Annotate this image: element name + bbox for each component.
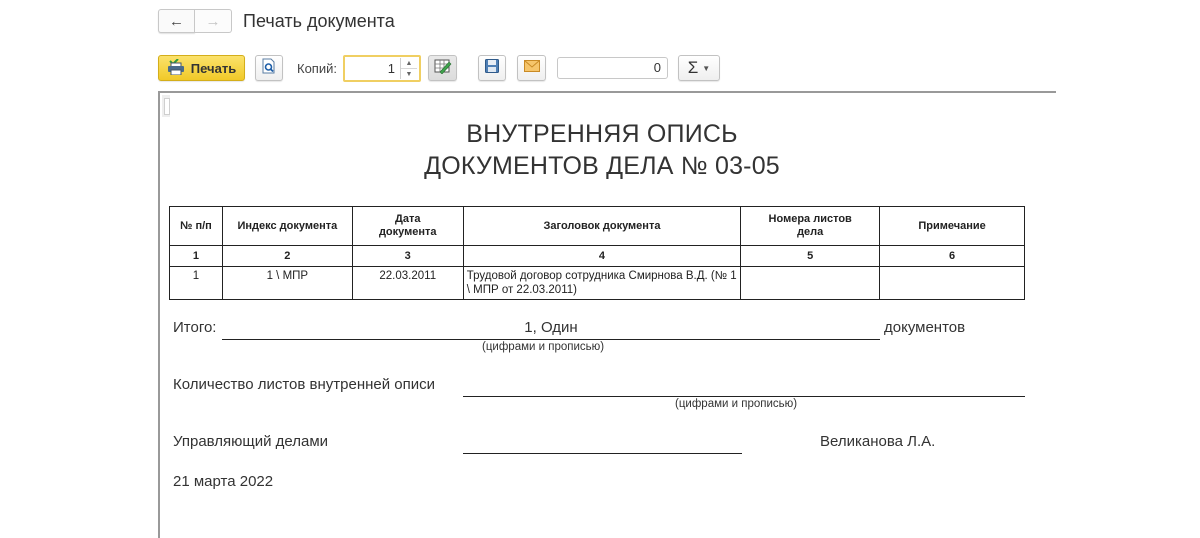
signature-line <box>463 453 742 454</box>
document-title-line1: ВНУТРЕННЯЯ ОПИСЬ <box>162 120 1042 149</box>
arrow-left-icon: ← <box>169 13 184 30</box>
document-viewer[interactable]: ВНУТРЕННЯЯ ОПИСЬ ДОКУМЕНТОВ ДЕЛА № 03-05… <box>158 91 1056 538</box>
total-label: Итого: <box>173 319 216 336</box>
table-row: 1 1 \ МПР 22.03.2011 Трудовой договор со… <box>170 267 1025 300</box>
sheets-label: Количество листов внутренней описи <box>173 376 435 393</box>
edit-mode-button[interactable] <box>428 55 457 81</box>
column-number: 6 <box>880 246 1025 267</box>
manager-name: Великанова Л.А. <box>820 433 935 450</box>
copies-input[interactable]: 1 ▲ ▼ <box>343 55 421 82</box>
save-button[interactable] <box>478 55 506 81</box>
header-cell: Примечание <box>880 207 1025 246</box>
back-button[interactable]: ← <box>158 9 195 33</box>
column-number: 2 <box>222 246 352 267</box>
header-cell: Дата документа <box>352 207 463 246</box>
sigma-icon: Σ <box>688 58 699 78</box>
copies-stepper[interactable]: ▲ ▼ <box>400 58 417 79</box>
navigation-buttons: ← → <box>158 9 232 33</box>
row-number: 1 <box>170 267 223 300</box>
page-corner-marker <box>162 95 170 117</box>
document-title-line2: ДОКУМЕНТОВ ДЕЛА № 03-05 <box>162 152 1042 181</box>
header-cell: Номера листов дела <box>741 207 880 246</box>
total-value: 1, Один <box>222 319 880 336</box>
print-label: Печать <box>191 61 236 76</box>
edit-table-icon <box>434 58 452 79</box>
header-cell: Индекс документа <box>222 207 352 246</box>
header-cell: Заголовок документа <box>463 207 741 246</box>
column-number: 5 <box>741 246 880 267</box>
decrement-button[interactable]: ▼ <box>401 69 417 79</box>
sum-dropdown-button[interactable]: Σ ▼ <box>678 55 720 81</box>
envelope-icon <box>524 59 540 77</box>
column-number: 1 <box>170 246 223 267</box>
document-title: Трудовой договор сотрудника Смирнова В.Д… <box>463 267 741 300</box>
document-date: 22.03.2011 <box>352 267 463 300</box>
copies-label: Копий: <box>297 61 337 76</box>
document-date-footer: 21 марта 2022 <box>173 473 273 490</box>
arrow-right-icon: → <box>206 13 221 30</box>
column-number: 3 <box>352 246 463 267</box>
sheets-underline <box>463 396 1025 397</box>
total-underline <box>222 339 880 340</box>
forward-button[interactable]: → <box>195 9 232 33</box>
inventory-table: № п/п Индекс документа Дата документа За… <box>169 206 1025 300</box>
print-preview-button[interactable] <box>255 55 283 81</box>
table-header-row: № п/п Индекс документа Дата документа За… <box>170 207 1025 246</box>
send-email-button[interactable] <box>517 55 546 81</box>
column-number-row: 1 2 3 4 5 6 <box>170 246 1025 267</box>
document-index: 1 \ МПР <box>222 267 352 300</box>
total-suffix: документов <box>884 319 965 336</box>
sheets-hint: (цифрами и прописью) <box>675 398 797 410</box>
sum-field[interactable]: 0 <box>557 57 668 79</box>
copies-value[interactable]: 1 <box>345 61 400 76</box>
printer-icon <box>167 59 185 78</box>
chevron-down-icon: ▼ <box>702 64 710 73</box>
print-button[interactable]: Печать <box>158 55 245 81</box>
column-number: 4 <box>463 246 741 267</box>
header-cell: № п/п <box>170 207 223 246</box>
window-title: Печать документа <box>243 9 395 33</box>
increment-button[interactable]: ▲ <box>401 58 417 69</box>
print-preview-icon <box>262 58 276 79</box>
sheet-numbers <box>741 267 880 300</box>
manager-label: Управляющий делами <box>173 433 328 450</box>
floppy-disk-icon <box>485 59 499 78</box>
total-hint: (цифрами и прописью) <box>482 341 604 353</box>
note <box>880 267 1025 300</box>
